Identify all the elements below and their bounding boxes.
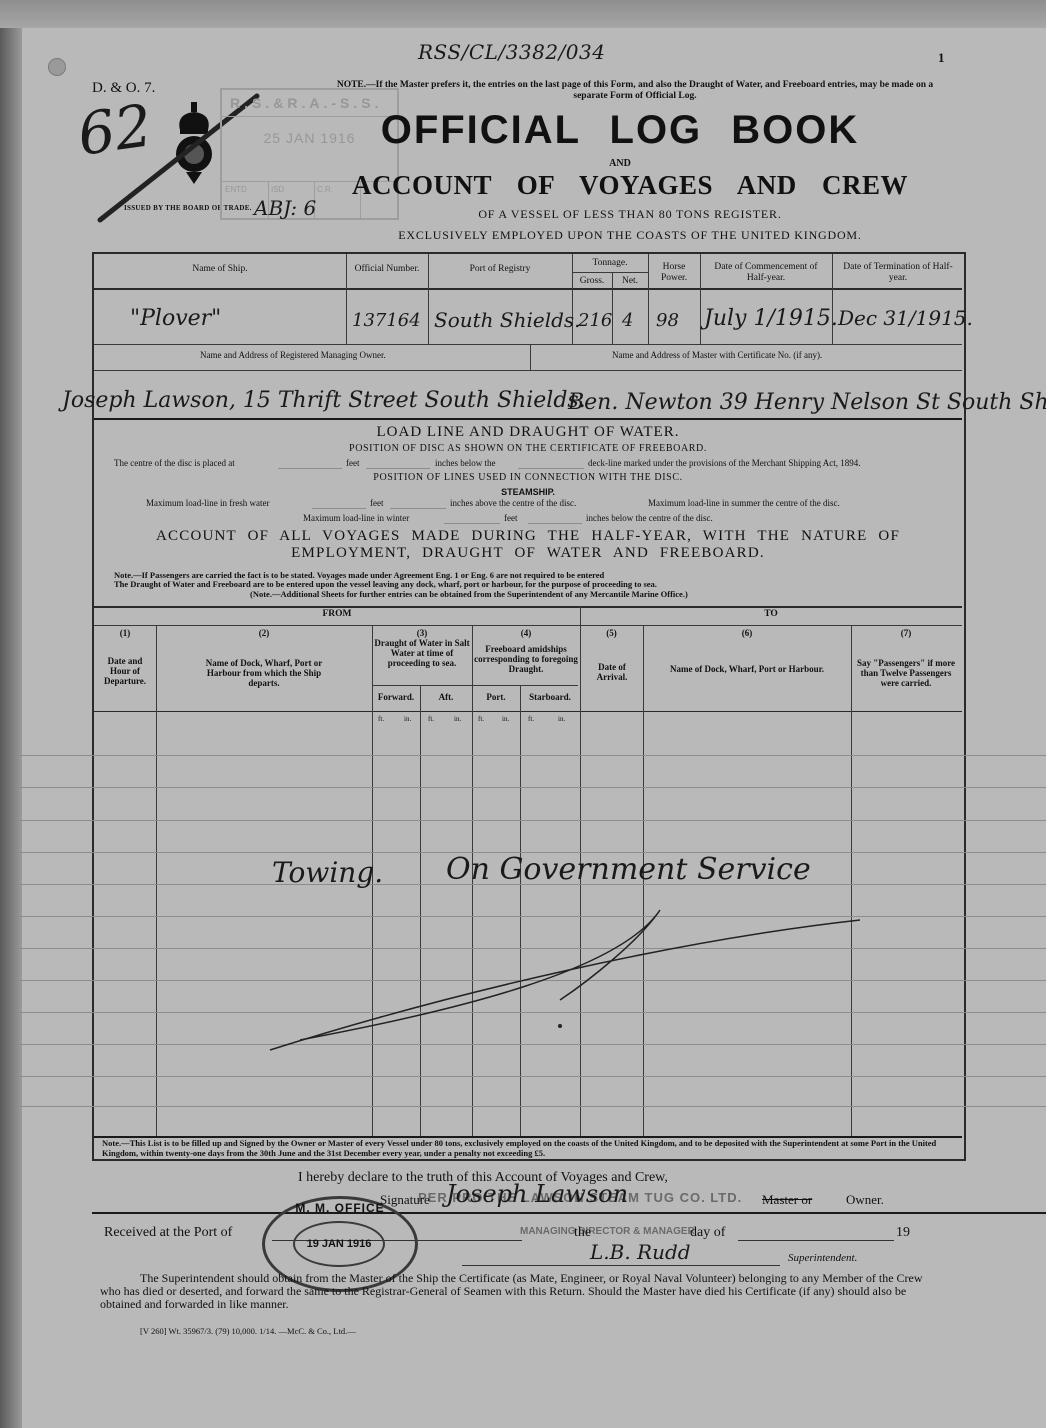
top-note: NOTE.—If the Master prefers it, the entr… <box>335 80 935 102</box>
termination-value: Dec 31/1915. <box>838 306 973 330</box>
mm-stamp-date: 19 JAN 1916 <box>293 1221 385 1267</box>
col-passengers-header: Say "Passengers" if more than Twelve Pas… <box>856 658 956 688</box>
header-termination: Date of Termination of Half-year. <box>838 262 958 284</box>
page-number: 1 <box>938 50 945 66</box>
account-note-2: The Draught of Water and Freeboard are t… <box>114 579 657 589</box>
scan-shadow <box>0 0 1046 30</box>
page-edge <box>0 28 22 1428</box>
owner-label: Name and Address of Registered Managing … <box>200 350 386 360</box>
account-note-3: (Note.—Additional Sheets for further ent… <box>250 589 688 599</box>
role-owner: Owner. <box>846 1192 884 1208</box>
title-main: OFFICIAL LOG BOOK <box>360 108 880 153</box>
title-secondary: ACCOUNT OF VOYAGES AND CREW <box>330 170 930 201</box>
header-official-number: Official Number. <box>346 264 428 275</box>
disc-inches-field[interactable] <box>366 468 430 469</box>
col-arrival-header: Date of Arrival. <box>584 662 640 682</box>
disc-feet-field[interactable] <box>278 468 342 469</box>
strike-through-flourish <box>260 900 870 1060</box>
header-ship-name: Name of Ship. <box>94 264 346 275</box>
from-header: FROM <box>94 609 580 619</box>
master-value: Ben. Newton 39 Henry Nelson St South Shi… <box>568 388 948 418</box>
title-and: AND <box>360 158 880 169</box>
col-departure-header: Date and Hour of Departure. <box>98 656 152 686</box>
winter-inches-field[interactable] <box>528 523 582 524</box>
superintendent-label: Superintendent. <box>788 1252 857 1264</box>
subtitle-coasts: EXCLUSIVELY EMPLOYED UPON THE COASTS OF … <box>330 228 930 243</box>
col-draught-header: Draught of Water in Salt Water at time o… <box>374 638 470 668</box>
header-tonnage: Tonnage. <box>572 258 648 269</box>
commencement-value: July 1/1915. <box>704 306 838 331</box>
fresh-inches-field[interactable] <box>390 508 446 509</box>
owner-value: Joseph Lawson, 15 Thrift Street South Sh… <box>62 388 586 413</box>
position-lines: POSITION OF LINES USED IN CONNECTION WIT… <box>94 472 962 483</box>
position-disc: POSITION OF DISC AS SHOWN ON THE CERTIFI… <box>94 443 962 454</box>
col-freeboard-header: Freeboard amidships corresponding to for… <box>474 644 578 674</box>
header-port: Port of Registry <box>428 264 572 275</box>
net-value: 4 <box>622 310 633 331</box>
role-struck: Master or <box>762 1192 812 1208</box>
signature-value: Joseph Lawson <box>446 1180 628 1208</box>
disc-deck-field[interactable] <box>518 468 584 469</box>
header-gross: Gross. <box>572 276 612 287</box>
header-commencement: Date of Commencement of Half-year. <box>706 262 826 284</box>
footer-paragraph: The Superintendent should obtain from th… <box>100 1272 945 1311</box>
header-net: Net. <box>612 276 648 287</box>
punch-hole <box>48 58 66 76</box>
subtitle-vessel: OF A VESSEL OF LESS THAN 80 TONS REGISTE… <box>330 207 930 222</box>
to-header: TO <box>580 609 962 619</box>
received-port-label: Received at the Port of <box>104 1225 232 1241</box>
col-dock-from-header: Name of Dock, Wharf, Port or Harbour fro… <box>196 658 332 688</box>
bottom-note: Note.—This List is to be filled up and S… <box>102 1138 952 1158</box>
received-month-field[interactable] <box>738 1240 894 1241</box>
port-value: South Shields. <box>434 308 581 332</box>
voyage-entry-service: On Government Service <box>446 852 811 887</box>
printer-imprint: [V 260] Wt. 35967/3. (79) 10,000. 1/14. … <box>140 1326 356 1336</box>
archive-reference: RSS/CL/3382/034 <box>418 40 605 64</box>
master-label: Name and Address of Master with Certific… <box>612 350 822 360</box>
account-title-1: ACCOUNT OF ALL VOYAGES MADE DURING THE H… <box>94 528 962 545</box>
superintendent-signature: L.B. Rudd <box>590 1240 691 1264</box>
col-dock-to-header: Name of Dock, Wharf, Port or Harbour. <box>668 664 826 674</box>
header-horse-power: Horse Power. <box>652 262 696 284</box>
winter-feet-field[interactable] <box>444 523 500 524</box>
steamship-label: STEAMSHIP. <box>94 487 962 497</box>
account-title-2: EMPLOYMENT, DRAUGHT OF WATER AND FREEBOA… <box>94 545 962 562</box>
horse-power-value: 98 <box>656 310 679 331</box>
gross-value: 216 <box>578 310 612 331</box>
fresh-feet-field[interactable] <box>312 508 366 509</box>
official-number-value: 137164 <box>352 310 421 331</box>
voyage-entry-towing: Towing. <box>272 856 383 889</box>
load-line-title: LOAD LINE AND DRAUGHT OF WATER. <box>94 424 962 441</box>
director-stamp: MANAGING DIRECTOR & MANAGER <box>520 1226 695 1237</box>
stamp-handwriting: ABJ: 6 <box>254 196 316 220</box>
ship-name-value: "Plover" <box>130 306 221 331</box>
